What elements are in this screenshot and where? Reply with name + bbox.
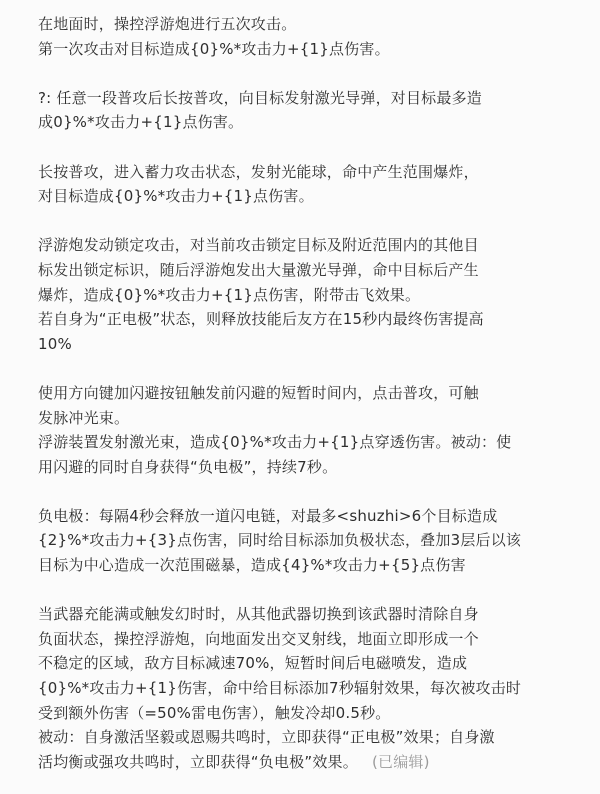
text-line: 发脉冲光束。 (38, 406, 583, 431)
text-line: 受到额外伤害（=50%雷电伤害），触发冷却0.5秒。 (38, 701, 583, 726)
text-line: 不稳定的区域，敌方目标减速70%，短暂时间后电磁喷发，造成 (38, 651, 583, 676)
paragraph-ground-attack: 在地面时，操控浮游炮进行五次攻击。 第一次攻击对目标造成{0}%*攻击力+{1}… (38, 12, 583, 61)
post-body: 在地面时，操控浮游炮进行五次攻击。 第一次攻击对目标造成{0}%*攻击力+{1}… (38, 12, 583, 794)
edited-label: (已编辑) (372, 753, 430, 771)
text-line: {0}%*攻击力+{1}伤害，命中给目标添加7秒辐射效果，每次被攻击时 (38, 676, 583, 701)
text-line-last: 活均衡或强攻共鸣时，立即获得“负电极”效果。(已编辑) (38, 750, 583, 775)
text-line: ?: 任意一段普攻后长按普攻，向目标发射激光导弹，对目标最多造 (38, 86, 583, 111)
text-segment: 活均衡或强攻共鸣时，立即获得“负电极”效果。 (38, 753, 358, 771)
text-line: 在地面时，操控浮游炮进行五次攻击。 (38, 12, 583, 37)
text-line: 若自身为“正电极”状态，则释放技能后友方在15秒内最终伤害提高 (38, 307, 583, 332)
text-line: 浮游装置发射激光束，造成{0}%*攻击力+{1}点穿透伤害。被动：使 (38, 430, 583, 455)
text-line: 用闪避的同时自身获得“负电极”，持续7秒。 (38, 455, 583, 480)
text-line: 长按普攻，进入蓄力攻击状态，发射光能球，命中产生范围爆炸， (38, 160, 583, 185)
text-line: 被动：自身激活坚毅或恩赐共鸣时，立即获得“正电极”效果；自身激 (38, 725, 583, 750)
text-line: 10% (38, 332, 583, 357)
text-line: 浮游炮发动锁定攻击，对当前攻击锁定目标及附近范围内的其他目 (38, 233, 583, 258)
text-line: 爆炸，造成{0}%*攻击力+{1}点伤害，附带击飞效果。 (38, 283, 583, 308)
text-line: 第一次攻击对目标造成{0}%*攻击力+{1}点伤害。 (38, 37, 583, 62)
text-line: 成0}%*攻击力+{1}点伤害。 (38, 110, 583, 135)
paragraph-weapon-switch: 当武器充能满或触发幻时时，从其他武器切换到该武器时清除自身 负面状态，操控浮游炮… (38, 602, 583, 774)
text-line: 负面状态，操控浮游炮，向地面发出交叉射线，地面立即形成一个 (38, 627, 583, 652)
paragraph-negative-electrode: 负电极：每隔4秒会释放一道闪电链，对最多<shuzhi>6个目标造成 {2}%*… (38, 504, 583, 578)
text-line: 负电极：每隔4秒会释放一道闪电链，对最多<shuzhi>6个目标造成 (38, 504, 583, 529)
text-line: {2}%*攻击力+{3}点伤害，同时给目标添加负极状态，叠加3层后以该 (38, 528, 583, 553)
paragraph-charged-attack: 长按普攻，进入蓄力攻击状态，发射光能球，命中产生范围爆炸， 对目标造成{0}%*… (38, 160, 583, 209)
text-line: 目标为中心造成一次范围磁暴，造成{4}%*攻击力+{5}点伤害 (38, 553, 583, 578)
text-line: 使用方向键加闪避按钮触发前闪避的短暂时间内，点击普攻，可触 (38, 381, 583, 406)
text-line: 当武器充能满或触发幻时时，从其他武器切换到该武器时清除自身 (38, 602, 583, 627)
text-line: 标发出锁定标识，随后浮游炮发出大量激光导弹，命中目标后产生 (38, 258, 583, 283)
text-line: 对目标造成{0}%*攻击力+{1}点伤害。 (38, 184, 583, 209)
paragraph-dodge-pulse: 使用方向键加闪避按钮触发前闪避的短暂时间内，点击普攻，可触 发脉冲光束。 浮游装… (38, 381, 583, 479)
paragraph-laser-missile: ?: 任意一段普攻后长按普攻，向目标发射激光导弹，对目标最多造 成0}%*攻击力… (38, 86, 583, 135)
paragraph-lock-on-attack: 浮游炮发动锁定攻击，对当前攻击锁定目标及附近范围内的其他目 标发出锁定标识，随后… (38, 233, 583, 356)
